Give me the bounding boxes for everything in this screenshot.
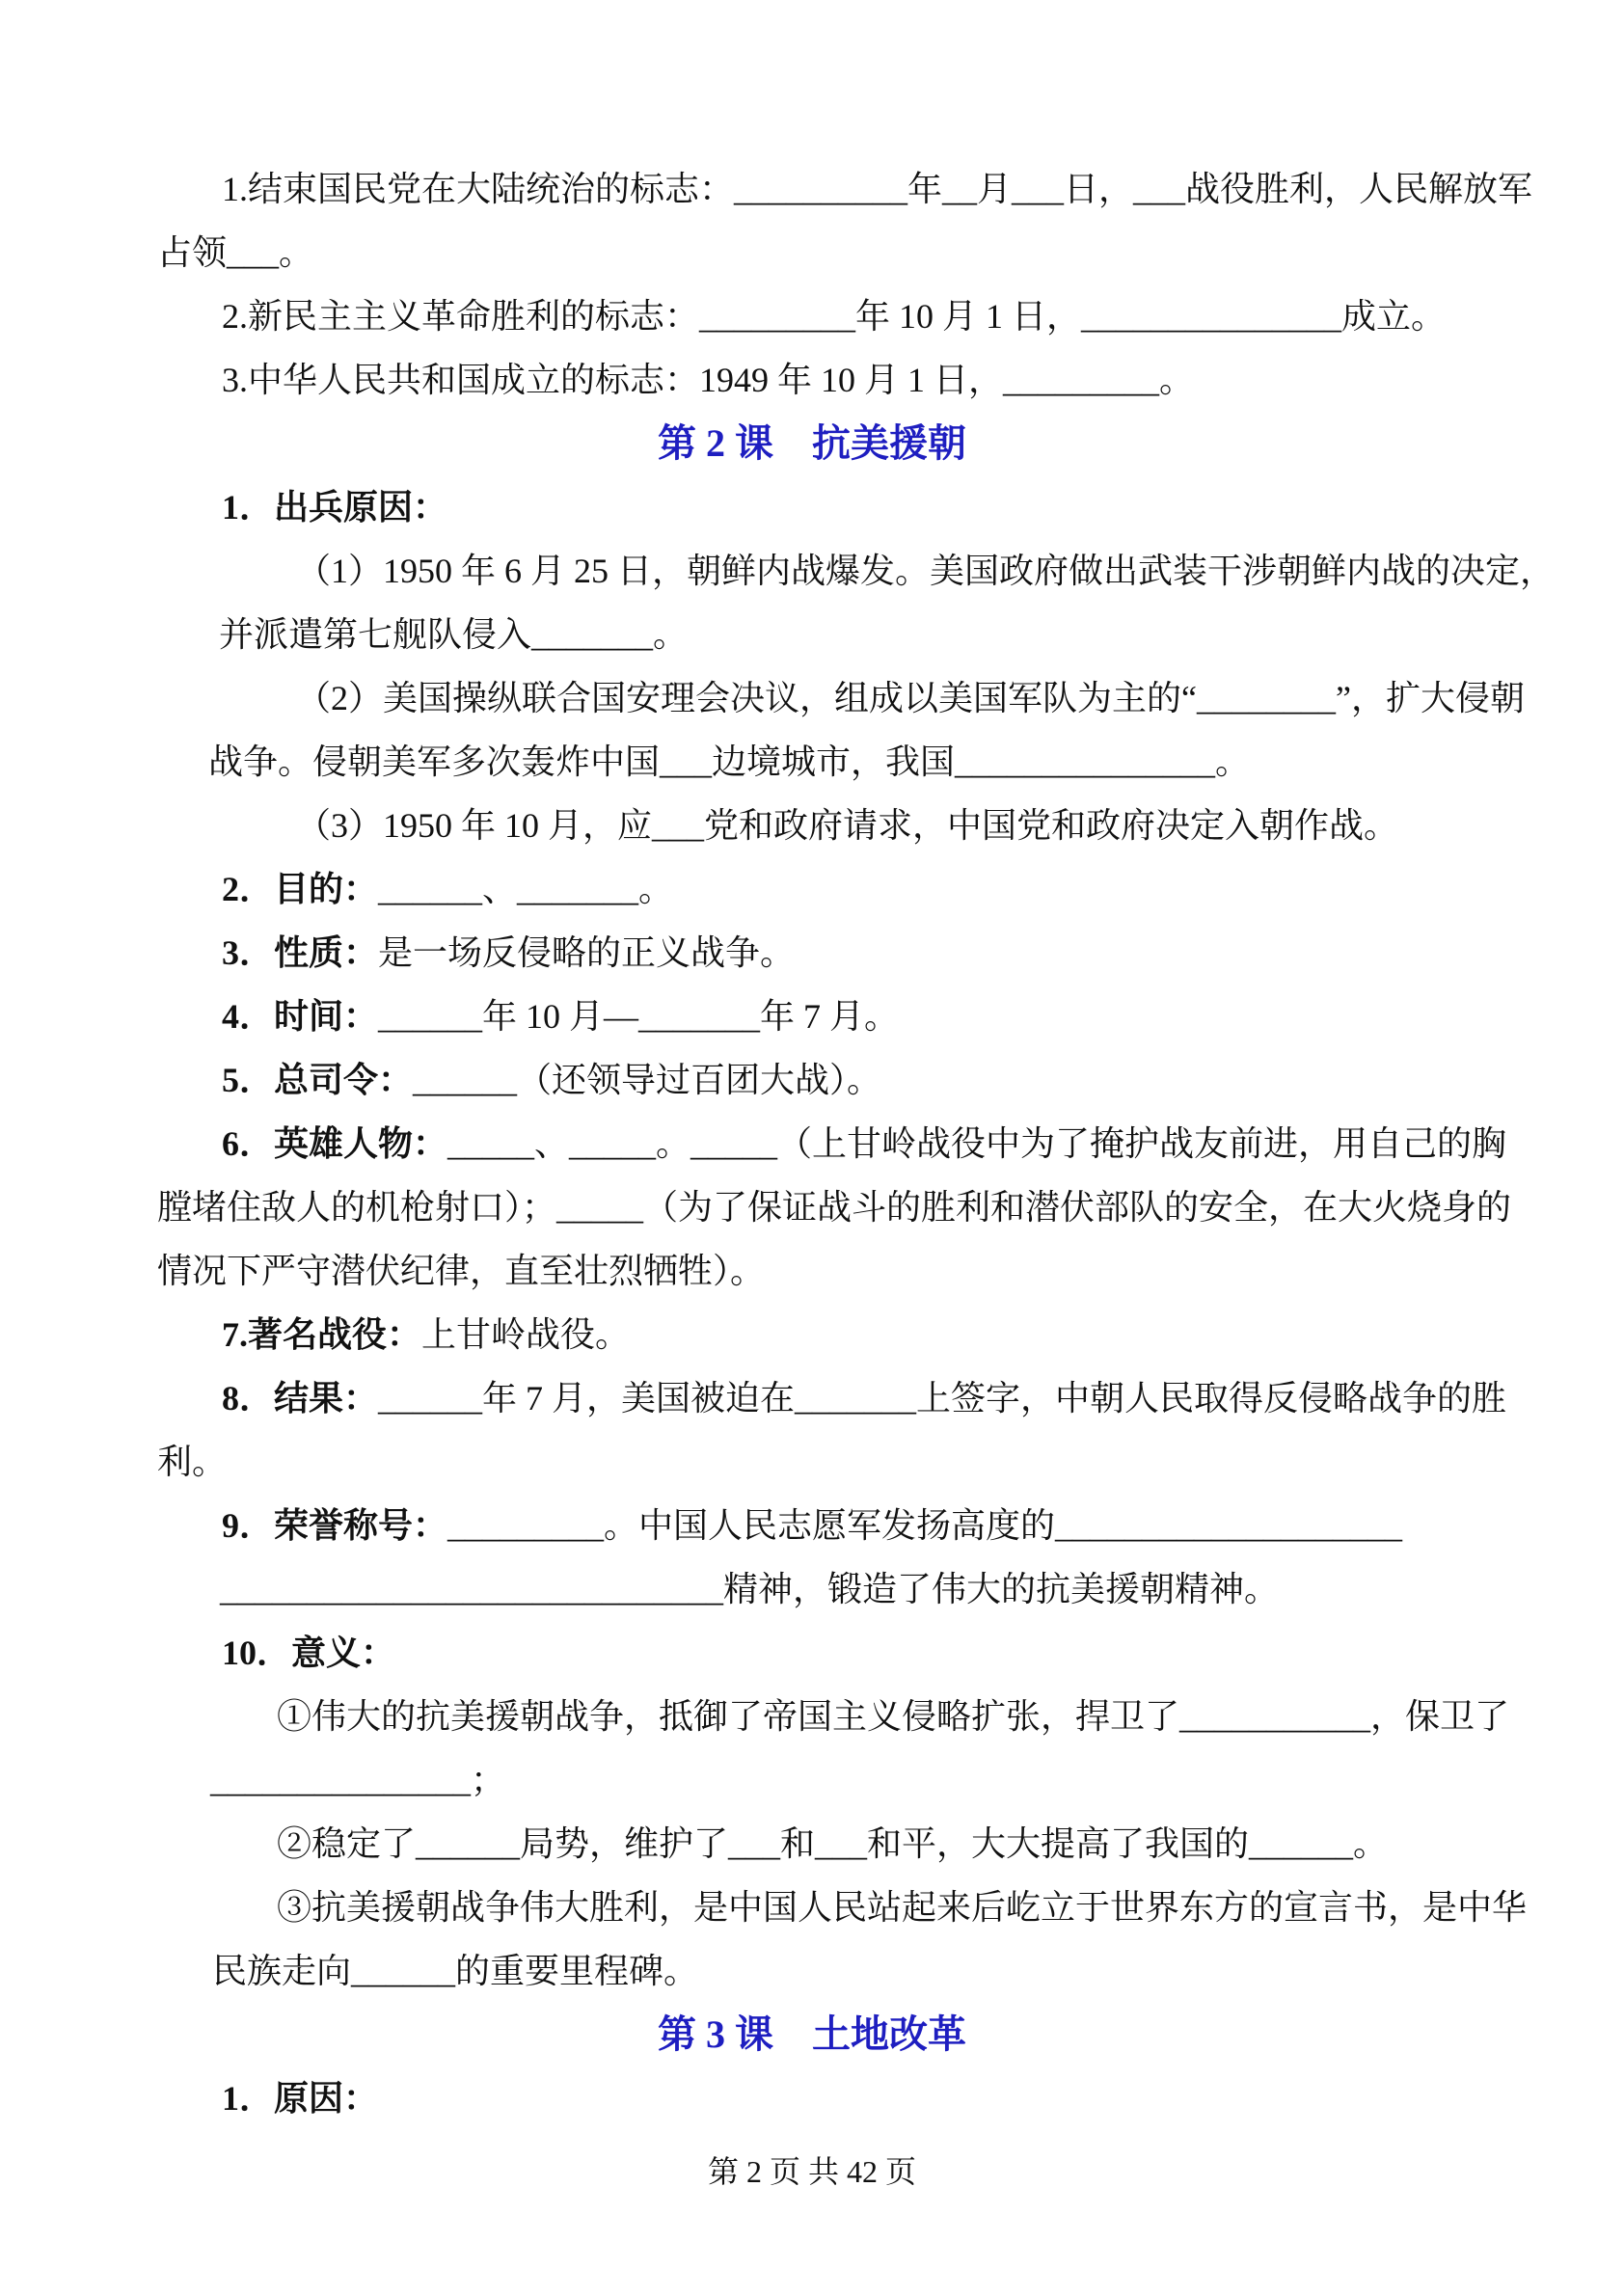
item-label: 5．总司令： [222,1061,413,1099]
k9-honor-line1: 9．荣誉称号：_________。中国人民志愿军发扬高度的___________… [157,1494,1499,1557]
k1-sub1-line2: 并派遣第七舰队侵入_______。 [157,603,1499,666]
item-label: 7.著名战役： [222,1315,421,1354]
page-footer: 第 2 页 共 42 页 [0,2152,1624,2191]
text-run: _________。中国人民志愿军发扬高度的__________________… [447,1506,1402,1545]
k9-honor-line2: _____________________________精神，锻造了伟大的抗美… [157,1557,1499,1621]
text-run: 2.新民主主义革命胜利的标志：_________年 10 月 1 日，_____… [222,297,1446,336]
k10-sub3-line1: ③抗美援朝战争伟大胜利，是中国人民站起来后屹立于世界东方的宣言书，是中华 [157,1876,1499,1939]
item-label: 3．性质： [222,933,378,972]
k1-sub2-line2: 战争。侵朝美军多次轰炸中国___边境城市，我国_______________。 [157,730,1499,794]
k6-heroes-line3: 情况下严守潜伏纪律，直至壮烈牺牲）。 [157,1239,1499,1303]
k7-battle: 7.著名战役：上甘岭战役。 [157,1303,1499,1366]
k1-reasons-heading: 1．出兵原因： [157,475,1499,539]
text-run: 膛堵住敌人的机枪射口）；_____（为了保证战斗的胜利和潜伏部队的安全，在大火烧… [157,1188,1511,1227]
k1-sub3: （3）1950 年 10 月，应___党和政府请求，中国党和政府决定入朝作战。 [157,794,1499,857]
k1-sub2-line1: （2）美国操纵联合国安理会决议，组成以美国军队为主的“________”，扩大侵… [157,666,1499,730]
text-run: _______________； [210,1761,505,1799]
text-run: ③抗美援朝战争伟大胜利，是中国人民站起来后屹立于世界东方的宣言书，是中华 [277,1888,1527,1927]
text-run: 占领___。 [157,233,313,272]
item2: 2.新民主主义革命胜利的标志：_________年 10 月 1 日，_____… [157,284,1499,348]
k3-nature: 3．性质：是一场反侵略的正义战争。 [157,921,1499,985]
text-run: _____、_____。_____（上甘岭战役中为了掩护战友前进，用自己的胸 [447,1124,1506,1163]
item-label: 6．英雄人物： [222,1124,447,1163]
text-run: （3）1950 年 10 月，应___党和政府请求，中国党和政府决定入朝作战。 [296,806,1398,845]
text-run: 上甘岭战役。 [421,1315,630,1354]
k6-heroes-line2: 膛堵住敌人的机枪射口）；_____（为了保证战斗的胜利和潜伏部队的安全，在大火烧… [157,1175,1499,1239]
k2-purpose: 2．目的：______、_______。 [157,857,1499,921]
text-run: 利。 [157,1443,227,1481]
text-run: 1.结束国民党在大陆统治的标志：__________年__月___日，___战役… [222,170,1532,208]
text-run: ①伟大的抗美援朝战争，抵御了帝国主义侵略扩张，捍卫了___________，保卫… [277,1697,1509,1736]
item-label: 9．荣誉称号： [222,1506,447,1545]
text-run: （2）美国操纵联合国安理会决议，组成以美国军队为主的“________”，扩大侵… [296,679,1525,717]
k8-result-line2: 利。 [157,1430,1499,1494]
document-page: 1.结束国民党在大陆统治的标志：__________年__月___日，___战役… [0,0,1624,2295]
text-run: 并派遣第七舰队侵入_______。 [219,615,688,654]
lesson3-title: 第 3 课 土地改革 [0,2003,1624,2066]
text-run: 情况下严守潜伏纪律，直至壮烈牺牲）。 [157,1252,765,1290]
k5-commander: 5．总司令：______（还领导过百团大战）。 [157,1048,1499,1112]
k10-sub3-line2: 民族走向______的重要里程碑。 [157,1939,1499,2003]
text-run: ______年 7 月，美国被迫在_______上签字，中朝人民取得反侵略战争的… [378,1379,1506,1417]
item1-line1: 1.结束国民党在大陆统治的标志：__________年__月___日，___战役… [157,157,1499,221]
item-label: 1．出兵原因： [222,488,447,526]
text-run: 战争。侵朝美军多次轰炸中国___边境城市，我国_______________。 [208,742,1250,781]
text-run: _____________________________精神，锻造了伟大的抗美… [220,1570,1279,1608]
item-label: 10．意义： [222,1633,395,1672]
item-label: 1．原因： [222,2079,378,2118]
lesson2-title: 第 2 课 抗美援朝 [0,412,1624,475]
text-run: ______年 10 月—_______年 7 月。 [378,997,899,1036]
k8-result-line1: 8．结果：______年 7 月，美国被迫在_______上签字，中朝人民取得反… [157,1366,1499,1430]
item-label: 4．时间： [222,997,378,1036]
text-run: ②稳定了______局势，维护了___和___和平，大大提高了我国的______… [277,1824,1388,1863]
item-label: 第 3 课 土地改革 [658,2012,966,2056]
k4-time: 4．时间：______年 10 月—_______年 7 月。 [157,985,1499,1048]
item-label: 第 2 课 抗美援朝 [658,421,966,465]
k10-significance-heading: 10．意义： [157,1621,1499,1685]
item3: 3.中华人民共和国成立的标志：1949 年 10 月 1 日，_________… [157,348,1499,412]
k10-sub1-line2: _______________； [157,1748,1499,1812]
k6-heroes-line1: 6．英雄人物：_____、_____。_____（上甘岭战役中为了掩护战友前进，… [157,1112,1499,1175]
text-run: ______（还领导过百团大战）。 [413,1061,881,1099]
text-run: 3.中华人民共和国成立的标志：1949 年 10 月 1 日，_________… [222,361,1194,399]
text-run: 民族走向______的重要里程碑。 [212,1952,698,1990]
text-run: ______、_______。 [378,870,673,908]
k1-sub1-line1: （1）1950 年 6 月 25 日，朝鲜内战爆发。美国政府做出武装干涉朝鲜内战… [157,539,1499,603]
k10-sub1-line1: ①伟大的抗美援朝战争，抵御了帝国主义侵略扩张，捍卫了___________，保卫… [157,1685,1499,1748]
lesson3-reason-heading: 1．原因： [157,2066,1499,2130]
item-label: 8．结果： [222,1379,378,1417]
k10-sub2: ②稳定了______局势，维护了___和___和平，大大提高了我国的______… [157,1812,1499,1876]
text-run: 是一场反侵略的正义战争。 [378,933,795,972]
text-run: （1）1950 年 6 月 25 日，朝鲜内战爆发。美国政府做出武装干涉朝鲜内战… [296,552,1555,590]
page-number-text: 第 2 页 共 42 页 [708,2154,916,2189]
item-label: 2．目的： [222,870,378,908]
item1-line2: 占领___。 [157,221,1499,284]
document-body: 1.结束国民党在大陆统治的标志：__________年__月___日，___战役… [0,0,1624,2130]
